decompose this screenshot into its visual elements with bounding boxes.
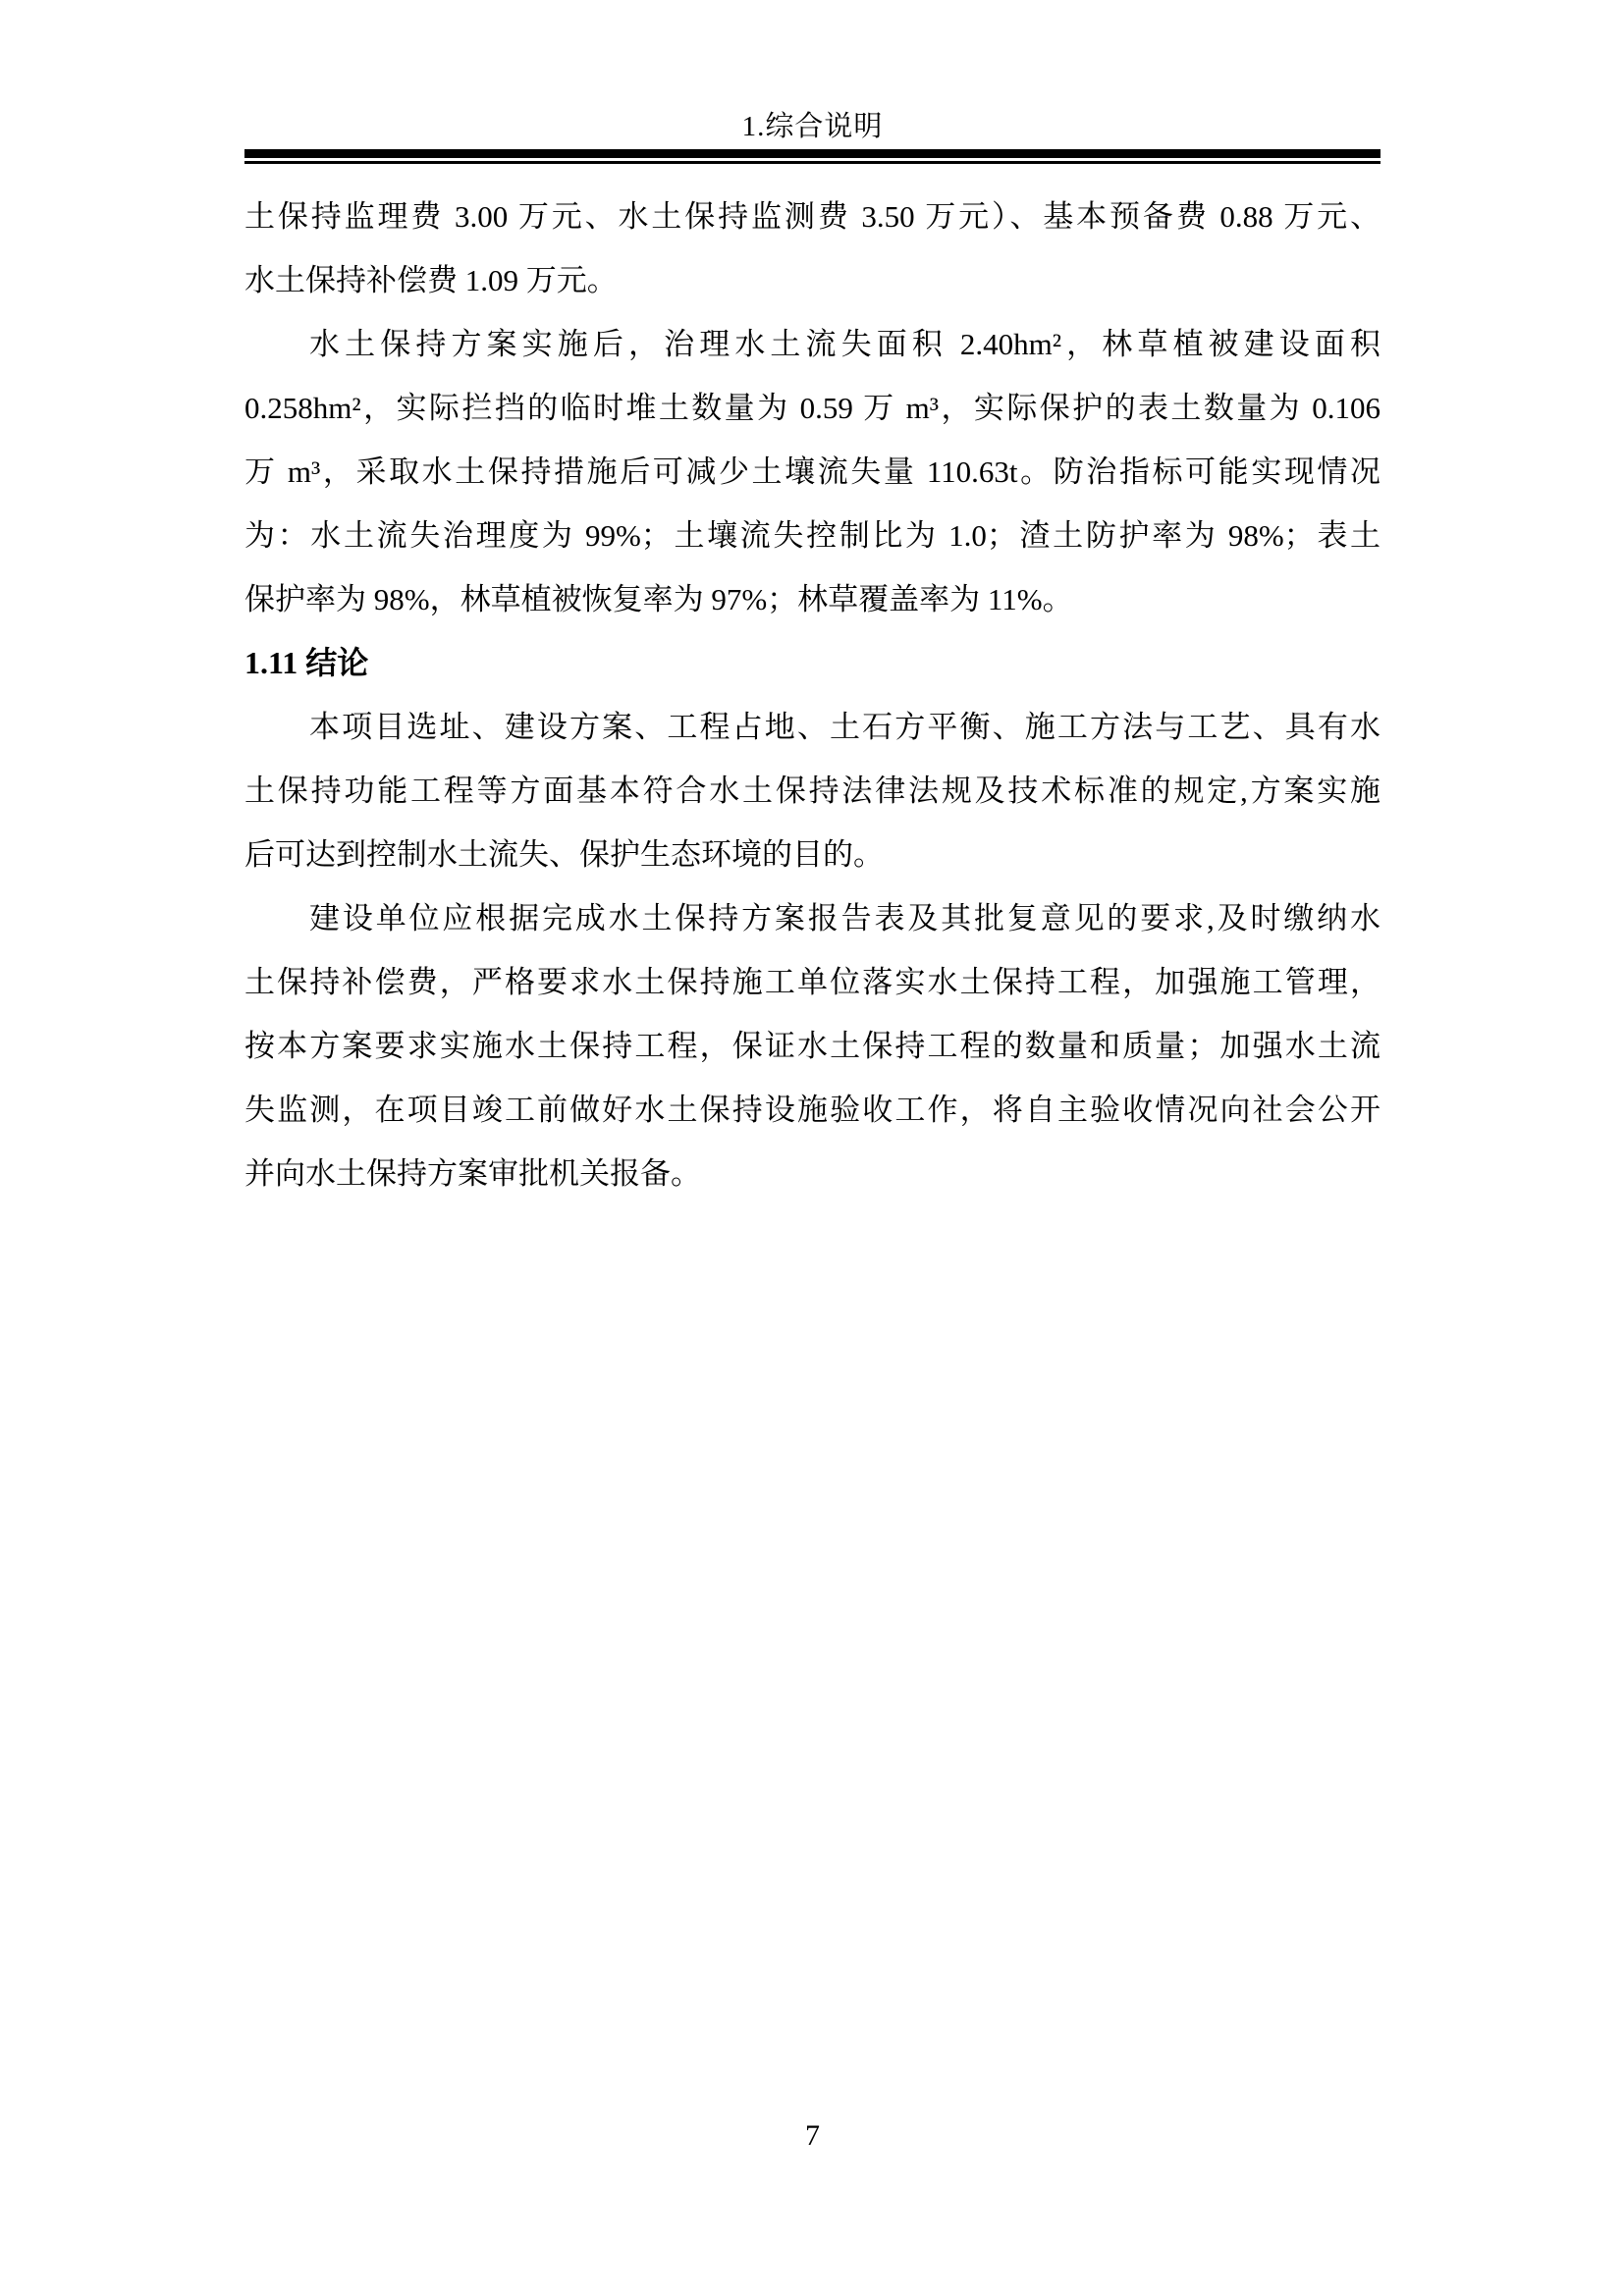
paragraph: 本项目选址、建设方案、工程占地、土石方平衡、施工方法与工艺、具有水 土保持功能工… bbox=[244, 695, 1380, 886]
paragraph-line: 水土保持补偿费 1.09 万元。 bbox=[244, 248, 1380, 312]
header-section-title: 1.综合说明 bbox=[244, 110, 1380, 143]
page-footer: 7 bbox=[244, 2116, 1380, 2156]
rule-thick bbox=[244, 149, 1380, 158]
header-double-rule bbox=[244, 149, 1380, 164]
document-body: 土保持监理费 3.00 万元、水土保持监测费 3.50 万元）、基本预备费 0.… bbox=[244, 185, 1380, 1205]
rule-thin bbox=[244, 161, 1380, 164]
paragraph-line: 后可达到控制水土流失、保护生态环境的目的。 bbox=[244, 823, 1380, 886]
paragraph-line: 保护率为 98%，林草植被恢复率为 97%；林草覆盖率为 11%。 bbox=[244, 567, 1380, 631]
paragraph-line: 水土保持方案实施后，治理水土流失面积 2.40hm²，林草植被建设面积 bbox=[244, 312, 1380, 376]
paragraph-line: 本项目选址、建设方案、工程占地、土石方平衡、施工方法与工艺、具有水 bbox=[244, 695, 1380, 759]
paragraph: 水土保持方案实施后，治理水土流失面积 2.40hm²，林草植被建设面积 0.25… bbox=[244, 312, 1380, 631]
paragraph-line: 按本方案要求实施水土保持工程，保证水土保持工程的数量和质量；加强水土流 bbox=[244, 1014, 1380, 1078]
paragraph-line: 0.258hm²，实际拦挡的临时堆土数量为 0.59 万 m³，实际保护的表土数… bbox=[244, 376, 1380, 440]
paragraph-line: 建设单位应根据完成水土保持方案报告表及其批复意见的要求,及时缴纳水 bbox=[244, 886, 1380, 950]
section-heading: 1.11 结论 bbox=[244, 631, 1380, 695]
paragraph-line: 为：水土流失治理度为 99%；土壤流失控制比为 1.0；渣土防护率为 98%；表… bbox=[244, 504, 1380, 567]
paragraph-line: 失监测，在项目竣工前做好水土保持设施验收工作，将自主验收情况向社会公开 bbox=[244, 1078, 1380, 1142]
paragraph-line: 土保持补偿费，严格要求水土保持施工单位落实水土保持工程，加强施工管理， bbox=[244, 950, 1380, 1014]
paragraph-line: 万 m³，采取水土保持措施后可减少土壤流失量 110.63t。防治指标可能实现情… bbox=[244, 440, 1380, 504]
document-page: 1.综合说明 土保持监理费 3.00 万元、水土保持监测费 3.50 万元）、基… bbox=[0, 0, 1624, 2296]
paragraph-line: 并向水土保持方案审批机关报备。 bbox=[244, 1142, 1380, 1205]
paragraph: 建设单位应根据完成水土保持方案报告表及其批复意见的要求,及时缴纳水 土保持补偿费… bbox=[244, 886, 1380, 1205]
paragraph-line: 土保持功能工程等方面基本符合水土保持法律法规及技术标准的规定,方案实施 bbox=[244, 759, 1380, 823]
paragraph-line: 土保持监理费 3.00 万元、水土保持监测费 3.50 万元）、基本预备费 0.… bbox=[244, 185, 1380, 248]
paragraph: 土保持监理费 3.00 万元、水土保持监测费 3.50 万元）、基本预备费 0.… bbox=[244, 185, 1380, 312]
page-number: 7 bbox=[805, 2119, 820, 2152]
